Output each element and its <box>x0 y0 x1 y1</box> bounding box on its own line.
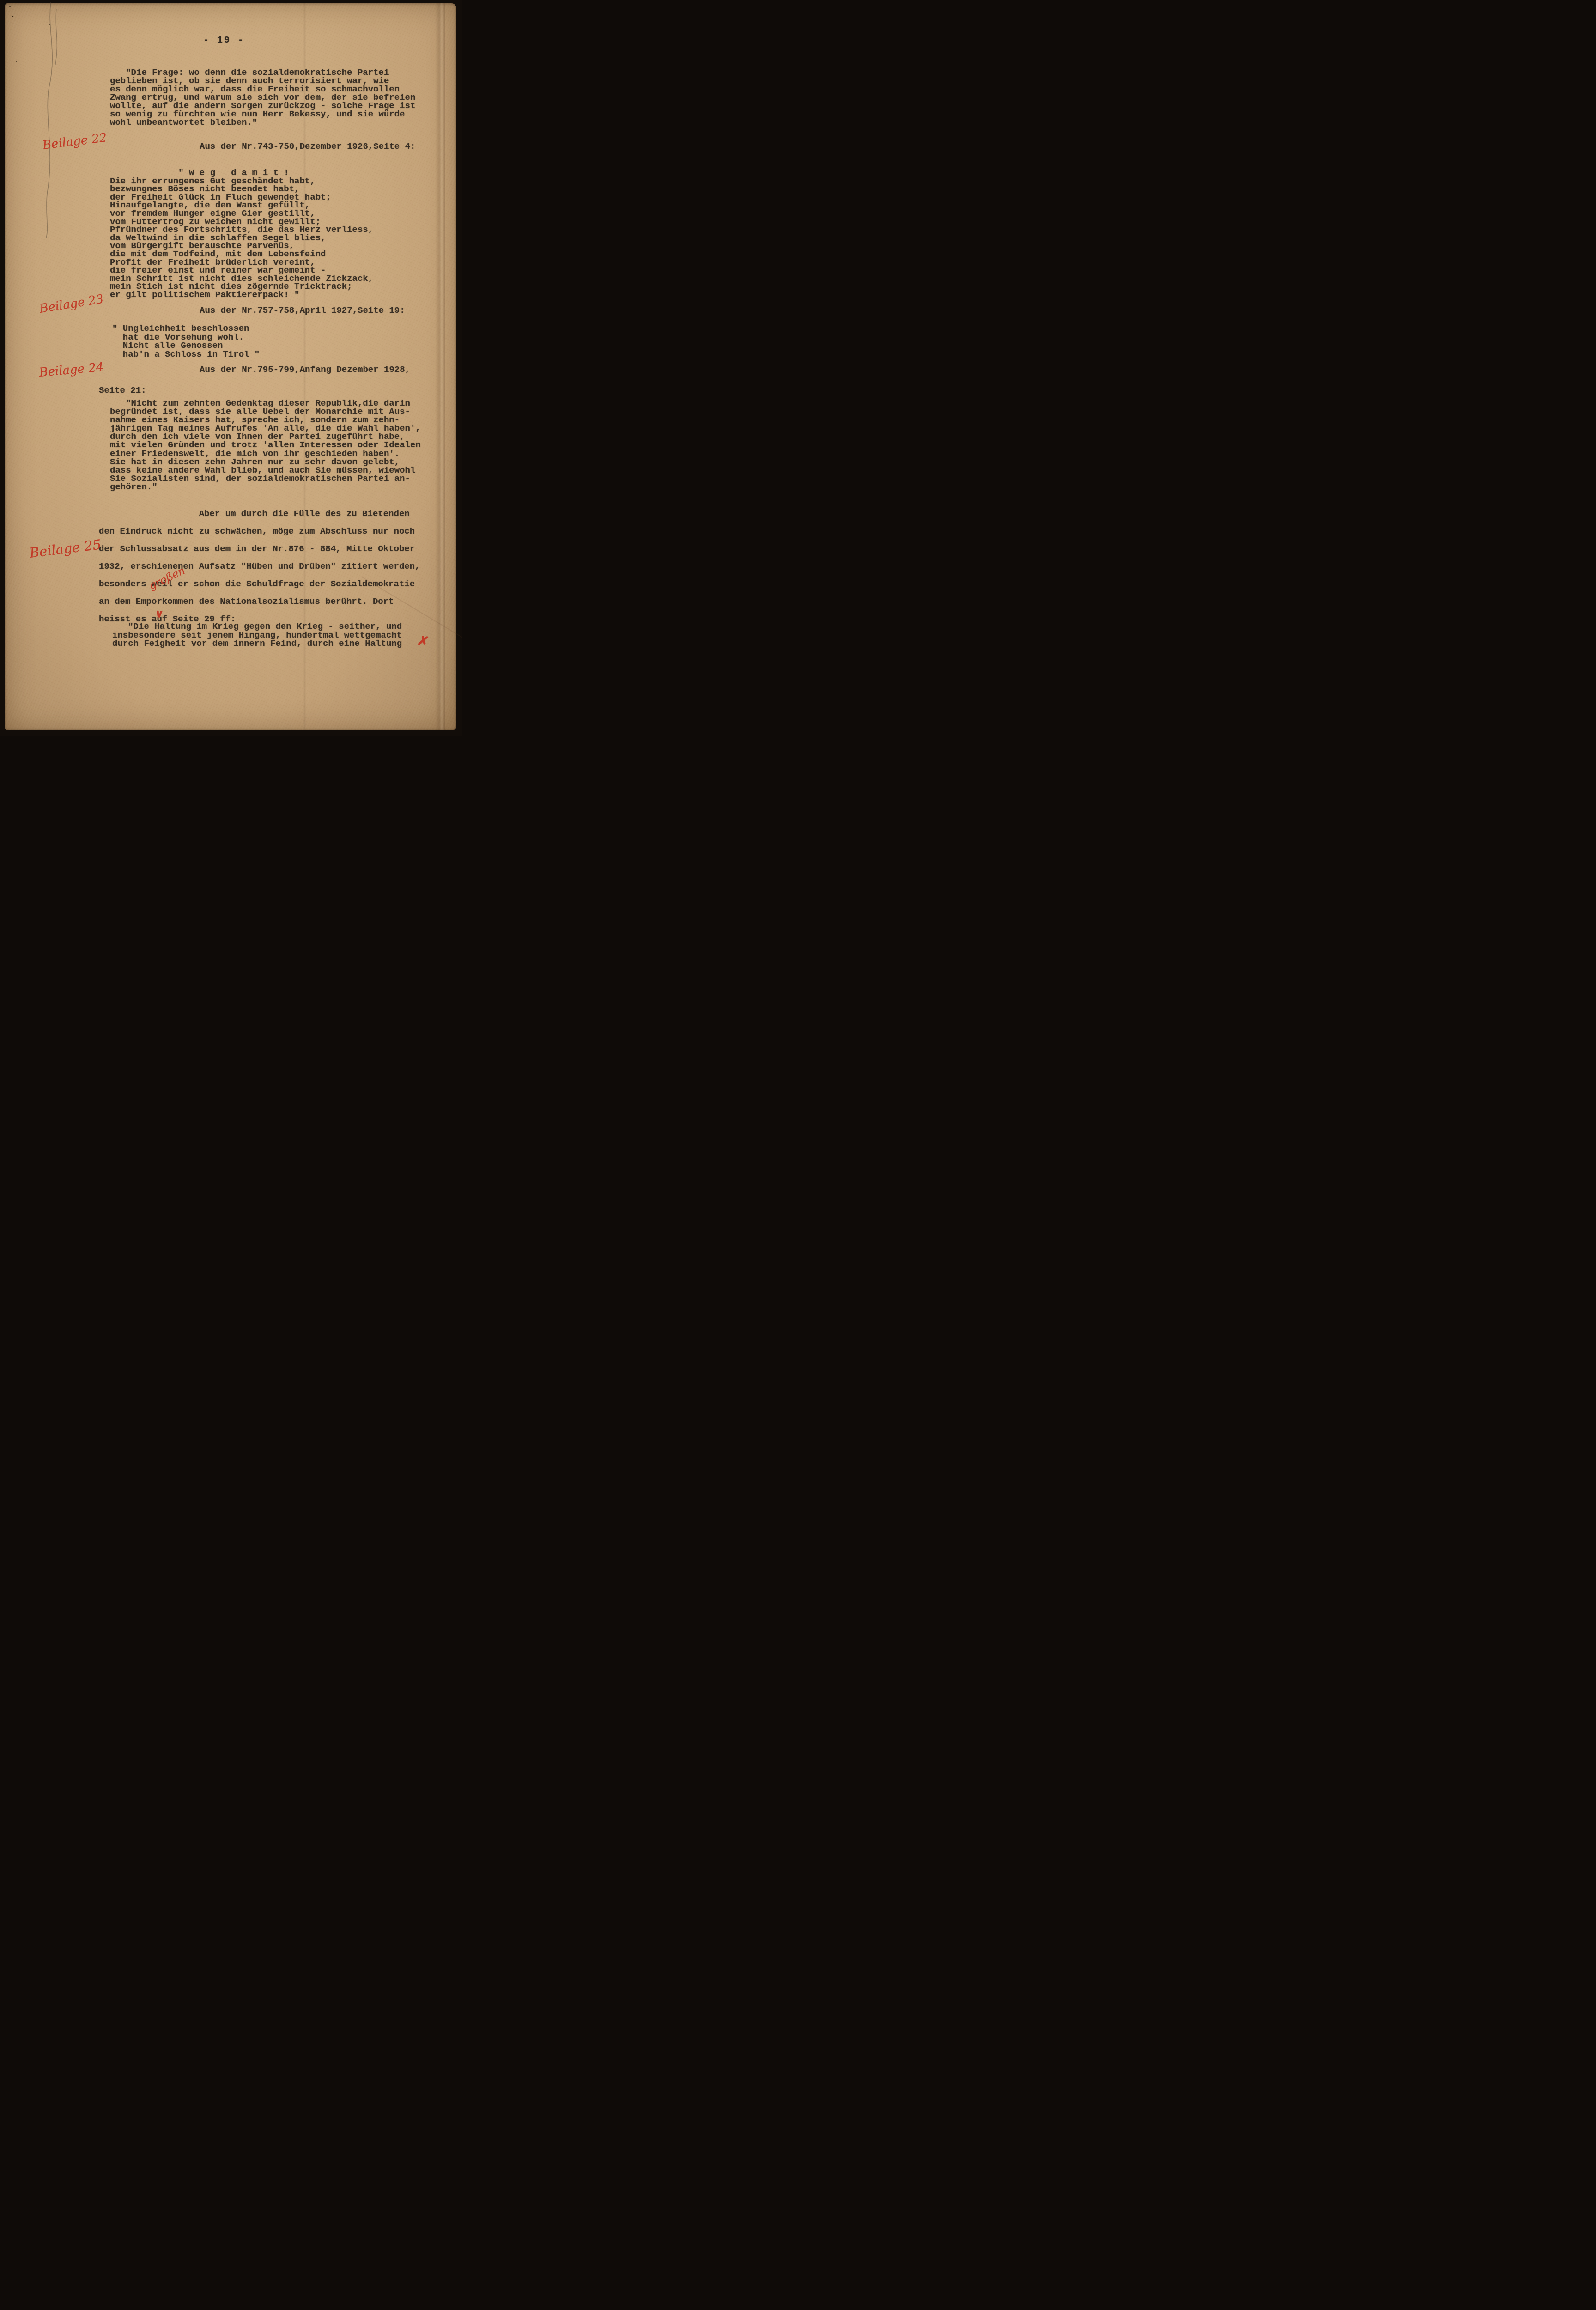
text-line: gehören." <box>110 483 421 491</box>
text-line: "Die Haltung im Krieg gegen den Krieg - … <box>112 622 402 631</box>
text-line: Nicht alle Genossen <box>112 341 260 350</box>
source-citation-2: Aus der Nr.757-758,April 1927,Seite 19: <box>200 305 405 316</box>
insertion-caret-mark: ∨ <box>154 606 164 620</box>
text-line: der Schlussabsatz aus dem in der Nr.876 … <box>99 540 420 558</box>
quoted-paragraph-2: "Nicht zum zehnten Gedenktag dieser Repu… <box>110 399 421 491</box>
text-line: besonders weil er schon die Schuldfrage … <box>99 575 420 593</box>
scan-specks <box>9 6 11 7</box>
text-line: den Eindruck nicht zu schwächen, möge zu… <box>99 523 420 540</box>
poem-weg-damit: " W e g d a m i t !Die ihr errungenes Gu… <box>110 169 373 299</box>
text-line: 1932, erschienenen Aufsatz "Hüben und Dr… <box>99 558 420 575</box>
source-citation-3-continuation: Seite 21: <box>99 385 146 395</box>
text-line: er gilt politischem Paktiererpack! " <box>110 291 373 299</box>
text-line: wohl unbeantwortet bleiben." <box>110 118 415 127</box>
scanned-document: - 19 - "Die Frage: wo denn die sozialdem… <box>0 0 462 736</box>
text-line: mit vielen Gründen und trotz 'allen Inte… <box>110 441 421 449</box>
text-line: " Ungleichheit beschlossen <box>112 324 260 333</box>
verse-ungleichheit: " Ungleichheit beschlossen hat die Vorse… <box>112 324 260 359</box>
page-number: - 19 - <box>203 35 245 46</box>
text-line: an dem Emporkommen des Nationalsozialism… <box>99 593 420 610</box>
source-citation-3: Aus der Nr.795-799,Anfang Dezember 1928, <box>200 365 410 375</box>
text-line: durch Feigheit vor dem innern Feind, dur… <box>112 639 402 648</box>
closing-commentary: Aber um durch die Fülle des zu Bietenden… <box>99 505 420 628</box>
pencil-scratch-marks <box>33 0 75 240</box>
text-line: einer Friedenswelt, die mich von ihr ges… <box>110 450 421 458</box>
source-citation-1: Aus der Nr.743-750,Dezember 1926,Seite 4… <box>200 141 415 152</box>
text-line: hab'n a Schloss in Tirol " <box>112 350 260 359</box>
quoted-paragraph-1: "Die Frage: wo denn die sozialdemokratis… <box>110 68 415 127</box>
text-line: Aber um durch die Fülle des zu Bietenden <box>99 505 420 523</box>
quoted-paragraph-3: "Die Haltung im Krieg gegen den Krieg - … <box>112 622 402 648</box>
